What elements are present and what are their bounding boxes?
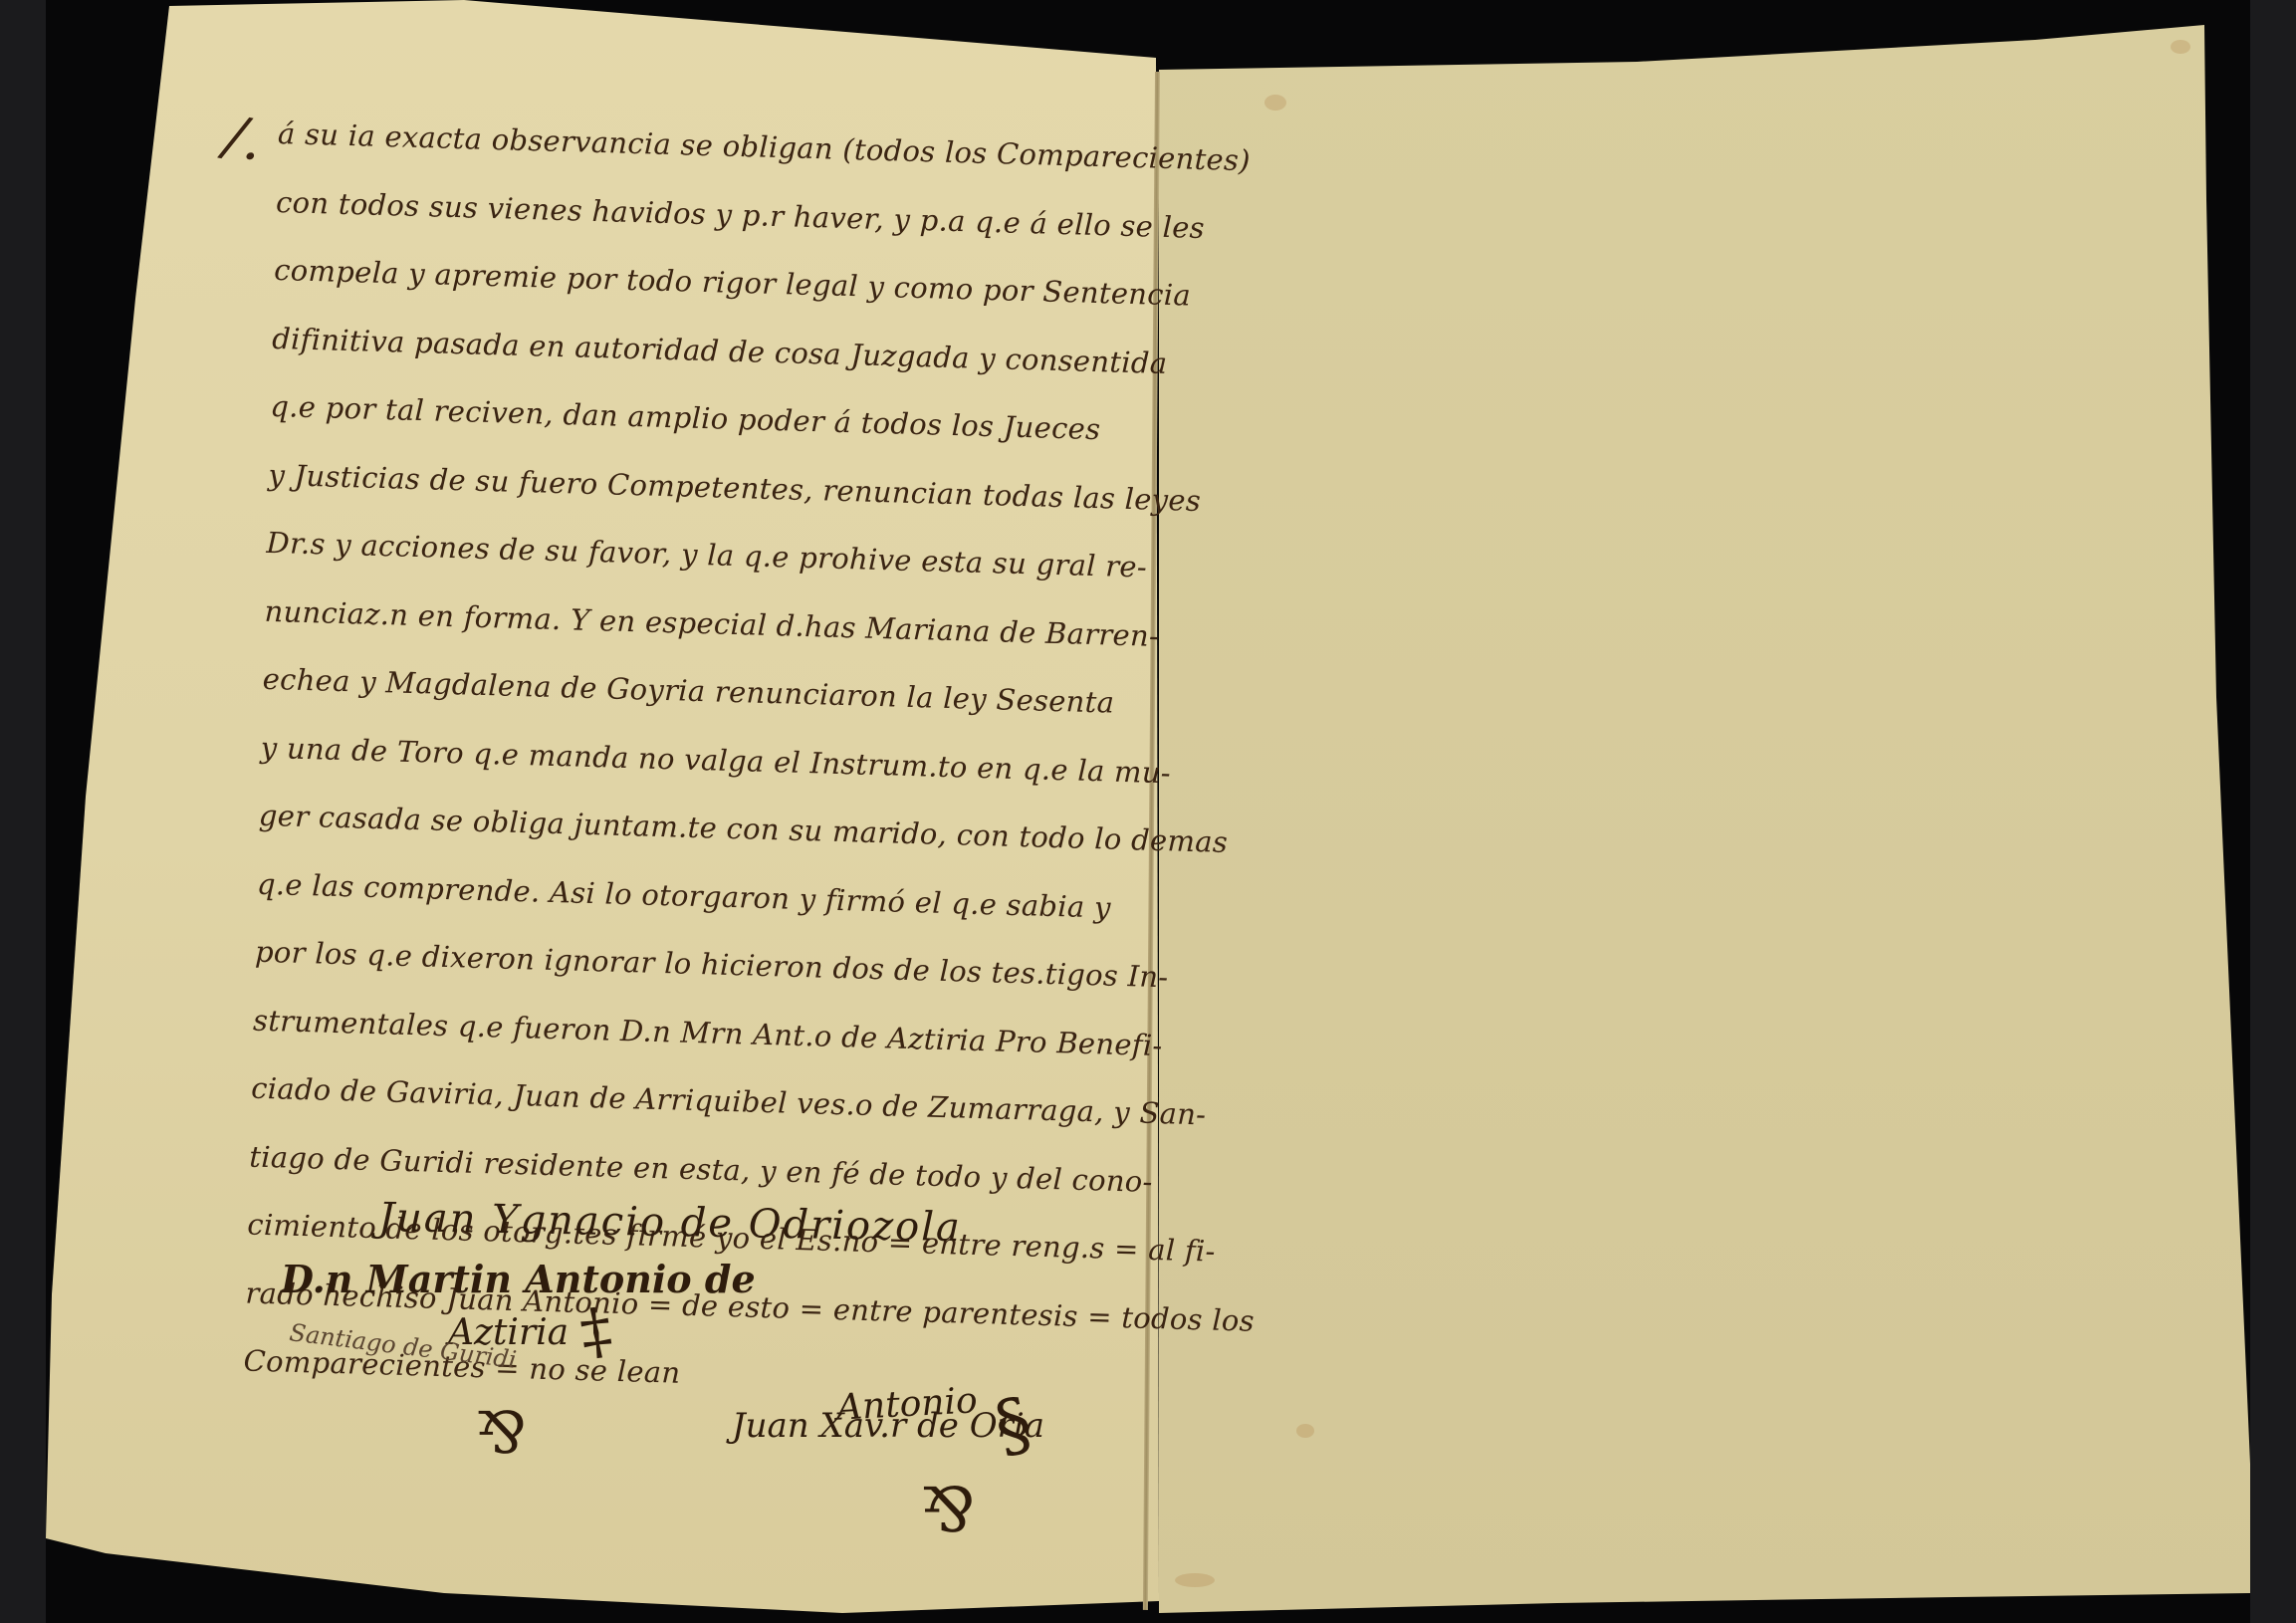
foxing-stain [2171,40,2190,54]
scan-border-left [0,0,46,1623]
rubric-flourish-icon: ⅋ [921,1474,976,1546]
right-page-blank [1159,0,2250,1618]
rubric-flourish-icon: ⅋ [476,1399,528,1467]
foxing-stain [1175,1573,1215,1587]
scan-border-right [2250,0,2296,1623]
foxing-stain [1264,95,1286,111]
signature-martin-antonio: D.n Martin Antonio de [281,1257,756,1301]
foxing-stain [1296,1424,1314,1438]
